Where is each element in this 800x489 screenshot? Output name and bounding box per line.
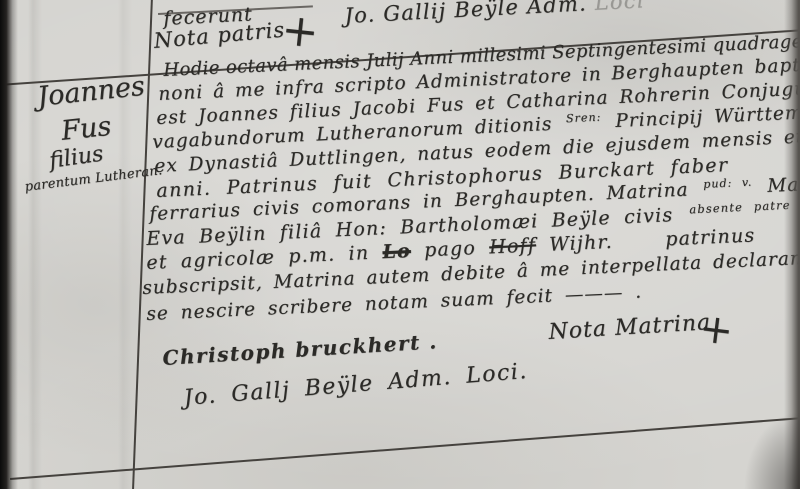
entry-line-9d: patrinus [665, 224, 756, 250]
prev-admin-signature-faded: Loci [594, 0, 645, 15]
parish-register-page: Joannes Fus filius parentum Lutheran. fe… [0, 0, 800, 489]
entry-line-9c: Wijhr. [549, 231, 614, 256]
prev-admin-signature: Jo. Gallij Beÿle Adm. Loci [344, 0, 645, 27]
entry-line-9-struck-hoff: Hoff [489, 234, 537, 258]
entry-line-8-insertion: absente patre [689, 198, 791, 217]
prev-admin-signature-text: Jo. Gallij Beÿle Adm. [344, 0, 588, 28]
scan-bottom-right-corner [740, 399, 800, 489]
bottom-rule [10, 417, 800, 480]
entry-line-9-struck-lo: Lo [382, 240, 411, 263]
godfather-signature: Christoph bruckhert . [162, 331, 438, 368]
entry-line-4-insertion: Sren: [566, 111, 602, 126]
patris-cross-mark-icon: + [279, 8, 320, 56]
margin-child-name: Joannes [36, 73, 146, 111]
entry-line-7-insertion: pud: v. [703, 176, 753, 191]
margin-filius: filius [48, 143, 105, 172]
administrator-signature: Jo. Gallj Beÿle Adm. Loci. [183, 361, 529, 410]
margin-surname: Fus [60, 113, 113, 145]
entry-line-9b: pago [424, 237, 477, 261]
nota-matrina-label: Nota Matrina [548, 312, 712, 344]
scan-left-edge [0, 0, 18, 489]
margin-parents-note: parentum Lutheran. [24, 164, 163, 194]
entry-line-11-dash: ——— . [564, 281, 642, 305]
entry-line-9-gap [626, 246, 652, 247]
matrina-cross-mark-icon: + [697, 308, 735, 352]
